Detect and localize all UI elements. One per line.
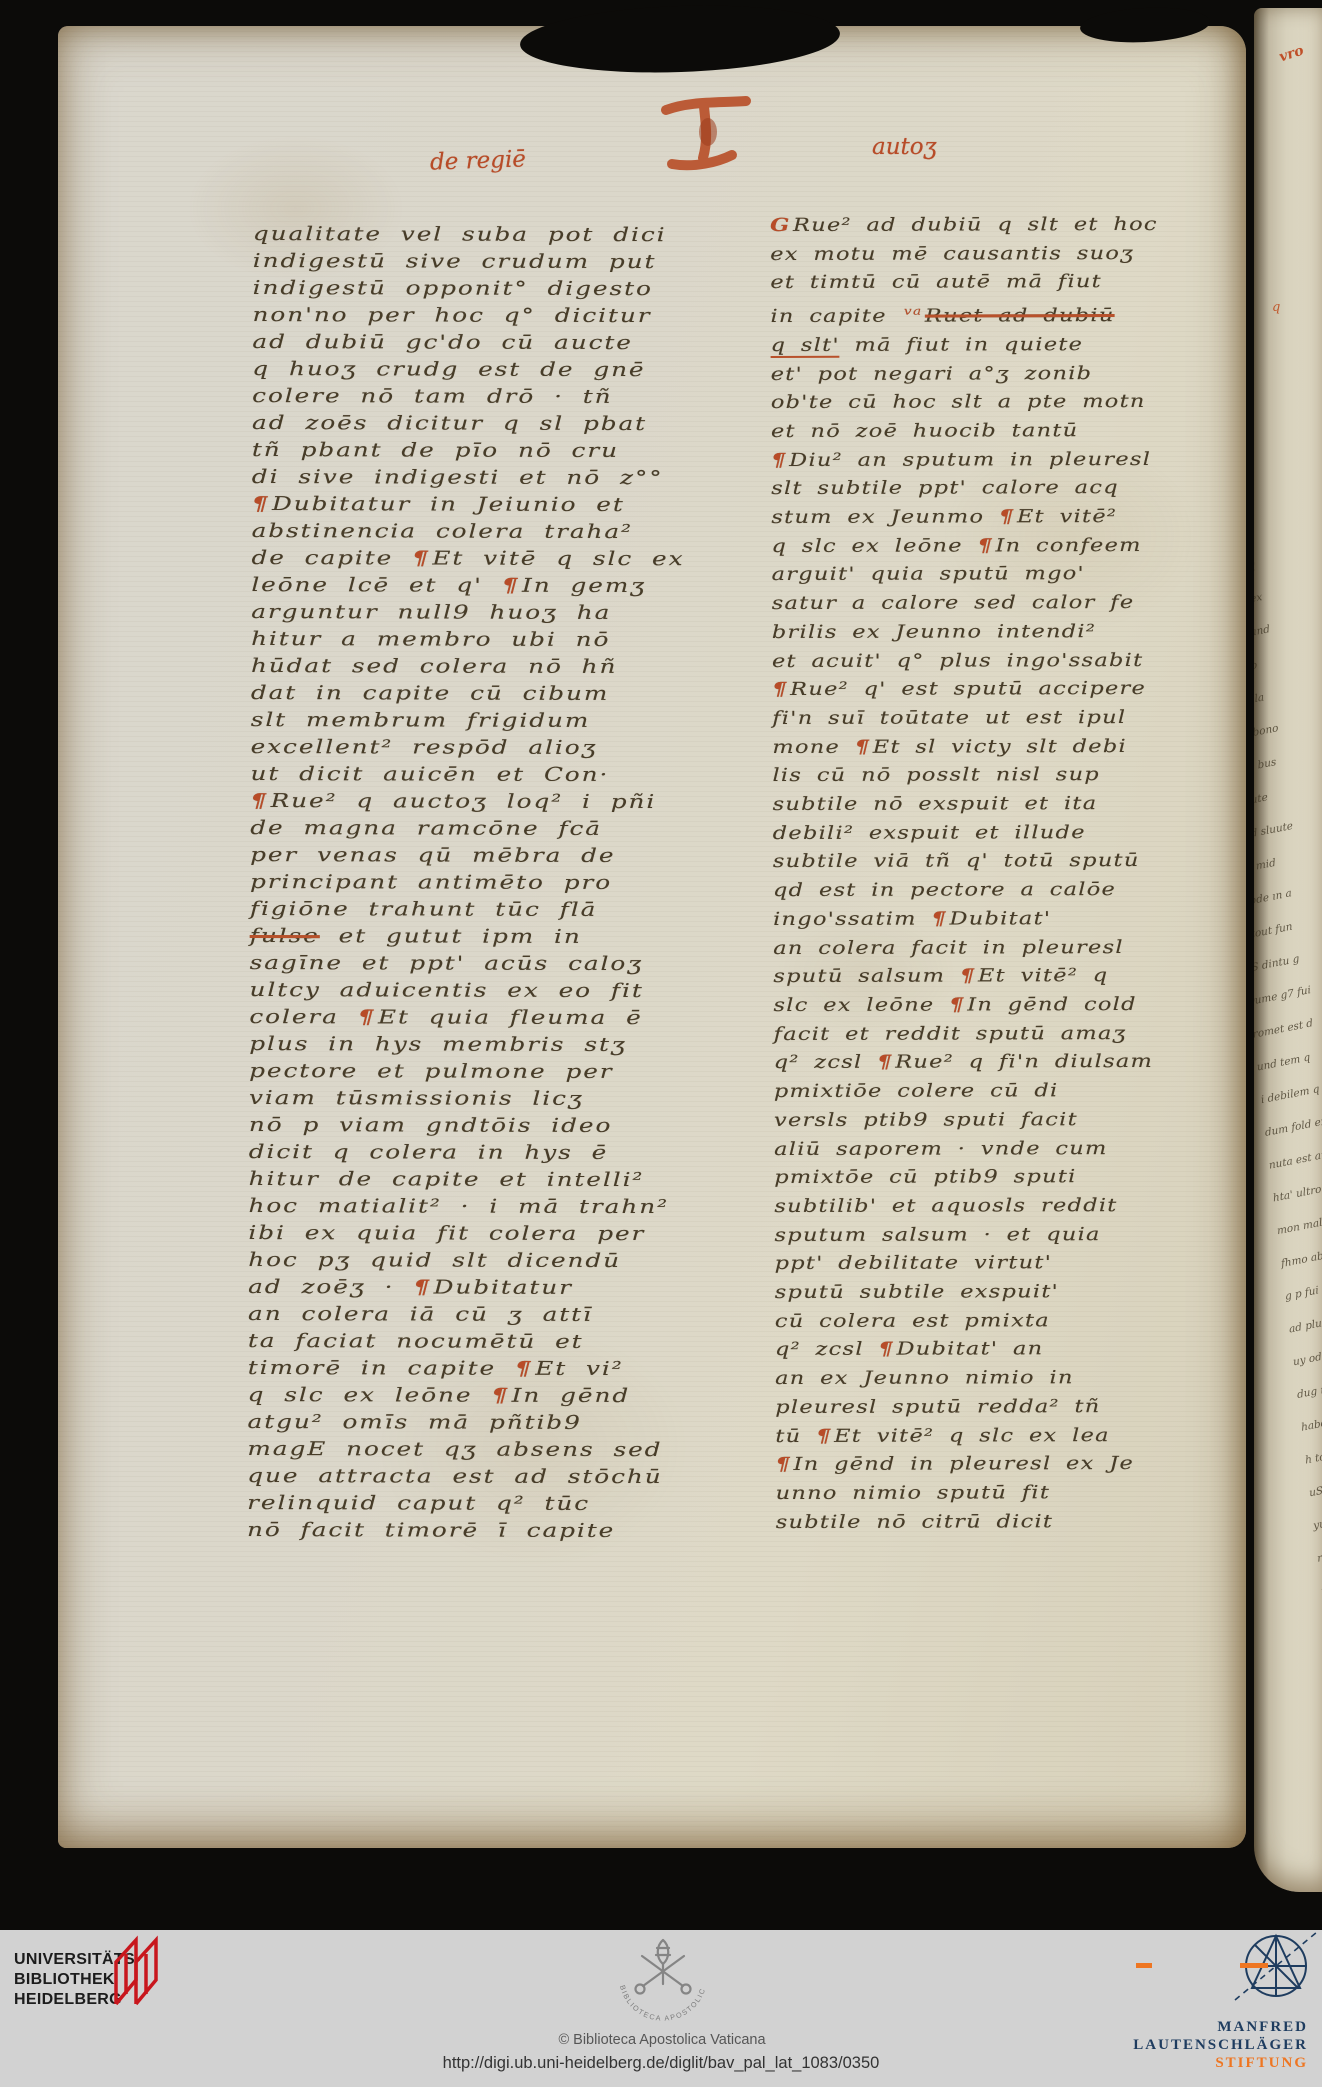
ink-text: slt subtile ppt' calore acq	[771, 477, 1119, 499]
red-rubric-mark: ¶	[775, 1454, 793, 1475]
footer-bar: UNIVERSITÄTS- BIBLIOTHEK HEIDELBERG	[0, 1930, 1322, 2087]
next-page-fore-edge: habde ın ah tout funuS dintu gyume g7 fu…	[1254, 8, 1322, 1892]
red-rubric-mark: ¶	[412, 547, 432, 569]
ink-text: tñ pbant de pīo nō cru	[252, 439, 619, 462]
manuscript-line: q slc ex leōne ¶In gēnd	[248, 1382, 681, 1410]
ink-text: arguit' quia sputū mgo'	[772, 564, 1085, 586]
red-rubric-mark: ¶	[877, 1052, 895, 1073]
ink-text: colere nō tam drō · tñ	[252, 385, 612, 408]
manuscript-line: pmixtōe cū ptib9 sputi	[774, 1163, 1162, 1193]
ink-text: ex motu mē causantis suoʒ	[770, 243, 1134, 265]
red-rubric-mark: ¶	[502, 575, 522, 597]
ink-text: In gēnd cold	[967, 994, 1137, 1015]
ink-text: unno nimio sputū fit	[776, 1482, 1051, 1504]
manuscript-line: debili² exspuit et illude	[773, 819, 1161, 849]
ink-text: Et quia fleuma ē	[378, 1006, 643, 1029]
ink-text: qd est in pectore a calōe	[773, 879, 1116, 901]
ubh-book-logo-icon	[102, 1934, 174, 2012]
ink-text: mone	[772, 736, 854, 757]
manuscript-line: ex motu mē causantis suoʒ	[770, 240, 1158, 270]
ink-text: colera	[249, 1006, 357, 1028]
ink-text: excellent² respōd alioʒ	[251, 736, 598, 759]
manuscript-line: sputū salsum ¶Et vitē² q	[773, 962, 1161, 992]
manuscript-line: sputū subtile exspuit'	[775, 1278, 1163, 1308]
ink-text: ad zoēs dicitur q sl pbat	[252, 412, 647, 435]
manuscript-line: de capite ¶Et vitē q slc ex	[251, 545, 684, 573]
manuscript-line: ad zoēʒ · ¶Dubitatur	[248, 1274, 681, 1302]
manuscript-line: sputum salsum · et quia	[774, 1221, 1162, 1251]
ink-text: non'no per hoc q° dicitur	[253, 304, 652, 327]
ink-text: pectore et pulmone per	[249, 1060, 614, 1083]
manuscript-line: colere nō tam drō · tñ	[252, 383, 685, 411]
ink-text: hoc pʒ quid slt dicendū	[248, 1249, 621, 1272]
ink-text: cū colera est pmixta	[775, 1310, 1050, 1332]
ml-orange-dash-left	[1136, 1963, 1152, 1968]
manuscript-line: abstinencia colera traha²	[252, 518, 685, 546]
manuscript-line: magE nocet qʒ absens sed	[247, 1436, 680, 1464]
ink-text: abstinencia colera traha²	[252, 520, 633, 543]
manuscript-line: an colera iā cū ʒ attī	[248, 1301, 681, 1329]
manuscript-line: per venas qū mēbra de	[250, 842, 683, 870]
manuscript-line: et' pot negari a°ʒ zonib	[771, 359, 1159, 389]
manuscript-line: nō p viam gndtōis ideo	[249, 1112, 682, 1140]
ink-text: fi'n suī toūtate ut est ipul	[772, 707, 1126, 729]
manuscript-line: facit et reddit sputū amaʒ	[774, 1020, 1162, 1050]
ink-text: plus in hys membris stʒ	[249, 1033, 627, 1056]
vatican-library-emblem: BIBLIOTECA APOSTOLICA VATICANA	[588, 1934, 738, 2028]
ml-line2: LAUTENSCHLÄGER	[1092, 2036, 1308, 2054]
manuscript-line: an colera facit in pleuresl	[773, 933, 1161, 963]
ink-text: viam tūsmissionis licʒ	[249, 1087, 584, 1110]
manuscript-line: unno nimio sputū fit	[776, 1479, 1164, 1509]
ink-text: aliū saporem · vnde cum	[774, 1138, 1108, 1160]
manuscript-line: subtile nō citrū dicit	[776, 1508, 1164, 1538]
manuscript-line: satur a calore sed calor fe	[772, 589, 1160, 619]
ink-text: principant antimēto pro	[250, 871, 612, 894]
manuscript-line: ad zoēs dicitur q sl pbat	[252, 410, 685, 438]
manuscript-line: ¶Rue² q auctoʒ loq² i pñi	[250, 788, 683, 816]
manuscript-line: ibi ex quia fit colera per	[248, 1220, 681, 1248]
ink-text: In gēnd	[512, 1385, 631, 1407]
running-title-right: autoʒ	[872, 134, 937, 160]
vatican-arc-text: BIBLIOTECA APOSTOLICA VATICANA	[588, 1934, 707, 2023]
manuscript-line: ta faciat nocumētū et	[248, 1328, 681, 1356]
ink-text: ut dicit auicēn et Con·	[250, 763, 609, 786]
manuscript-line: plus in hys membris stʒ	[249, 1031, 682, 1059]
ink-text: versls ptib9 sputi facit	[774, 1109, 1078, 1131]
red-rubric-mark: ¶	[358, 1006, 378, 1028]
manuscript-line: non'no per hoc q° dicitur	[253, 302, 686, 330]
ink-text: sputū subtile exspuit'	[775, 1281, 1059, 1303]
ink-text: relinquid caput q² tūc	[247, 1492, 590, 1515]
manuscript-line: cū colera est pmixta	[775, 1307, 1163, 1337]
ink-text: di sive indigesti et nō z°°	[252, 466, 664, 489]
manuscript-line: subtilib' et aquosls reddit	[774, 1192, 1162, 1222]
ink-text: an colera iā cū ʒ attī	[248, 1303, 593, 1326]
red-rubric-mark: ¶	[977, 535, 995, 556]
ink-text: fulse	[250, 925, 320, 947]
ink-text: subtile viā tñ q' totū sputū	[773, 850, 1140, 872]
manuscript-line: versls ptib9 sputi facit	[774, 1106, 1162, 1136]
manuscript-line: que attracta est ad stōchū	[247, 1463, 680, 1491]
manuscript-line: slc ex leōne ¶In gēnd cold	[773, 991, 1161, 1021]
manuscript-line: ut dicit auicēn et Con·	[250, 761, 683, 789]
ink-text: q slt'	[771, 335, 840, 358]
ink-text: Et vitē² q	[978, 965, 1109, 986]
manuscript-line: q slt' mā fiut in quiete	[771, 331, 1159, 361]
ink-text: hitur de capite et intelli²	[249, 1168, 645, 1191]
ink-text: et timtū cū autē mā fiut	[770, 271, 1102, 293]
ink-text: indigestū opponit° digesto	[253, 277, 653, 300]
red-rubric-mark: ¶	[878, 1339, 896, 1360]
lautenschlaeger-logo-text: MANFRED LAUTENSCHLÄGER STIFTUNG	[1092, 2018, 1308, 2072]
ink-text: slt membrum frigidum	[251, 709, 591, 732]
manuscript-line: ¶Rue² q' est sputū accipere	[772, 675, 1160, 705]
manuscript-line: ¶In gēnd in pleuresl ex Je	[775, 1450, 1163, 1480]
ink-text: et' pot negari a°ʒ zonib	[771, 363, 1093, 385]
manuscript-line: slt subtile ppt' calore acq	[771, 474, 1159, 504]
manuscript-line: ingo'ssatim ¶Dubitat'	[773, 905, 1161, 935]
ink-text: brilis ex Jeunno intendi²	[772, 621, 1096, 643]
fore-edge-red-initial: q	[1272, 300, 1280, 315]
manuscript-line: subtile nō exspuit et ita	[773, 790, 1161, 820]
ink-text: pmixtiōe colere cū di	[774, 1080, 1059, 1102]
red-roman-numeral-ornament	[658, 92, 754, 176]
ink-text: subtile nō citrū dicit	[776, 1511, 1054, 1533]
manuscript-line: colera ¶Et quia fleuma ē	[249, 1004, 682, 1032]
manuscript-line: fulse et gutut ipm in	[250, 923, 683, 951]
ink-text: subtile nō exspuit et ita	[773, 793, 1098, 815]
ink-text: pleuresl sputū redda² tñ	[775, 1396, 1100, 1418]
red-rubric-mark: ¶	[413, 1276, 433, 1298]
manuscript-line: nō facit timorē ī capite	[247, 1517, 680, 1545]
manuscript-line: hoc matialit² · i mā trahn²	[248, 1193, 681, 1221]
manuscript-line: ad dubiū gc'do cū aucte	[252, 329, 685, 357]
ink-text: Diu² an sputum in pleuresl	[789, 449, 1151, 471]
ink-text: dicit q colera in hys ē	[249, 1141, 609, 1164]
ink-text: satur a calore sed calor fe	[772, 592, 1135, 614]
manuscript-line: viam tūsmissionis licʒ	[249, 1085, 682, 1113]
manuscript-line: tñ pbant de pīo nō cru	[252, 437, 685, 465]
manuscript-line: mone ¶Et sl victy slt debi	[772, 733, 1160, 763]
red-rubric-mark: G	[770, 215, 793, 236]
ink-text: indigestū sive crudum put	[253, 250, 657, 273]
manuscript-line: in capite vaRuet ad dubiū	[770, 297, 1158, 332]
red-rubric-mark: ¶	[960, 966, 978, 987]
manuscript-line: aliū saporem · vnde cum	[774, 1134, 1162, 1164]
manuscript-line: atgu² omīs mā pñtib9	[247, 1409, 680, 1437]
ink-text: timorē in capite	[248, 1357, 515, 1380]
manuscript-line: qualitate vel suba pot dici	[253, 221, 686, 249]
manuscript-line: indigestū sive crudum put	[253, 248, 686, 276]
ink-text: hitur a membro ubi nō	[251, 628, 610, 651]
ink-text: de capite	[251, 547, 412, 569]
red-rubric-mark: ¶	[999, 506, 1017, 527]
vatican-copyright: © Biblioteca Apostolica Vaticana	[400, 2032, 924, 2048]
red-rubric-mark: ¶	[949, 994, 967, 1015]
manuscript-line: q slc ex leōne ¶In confeem	[771, 532, 1159, 562]
ink-text: Dubitatur in Jeiunio et	[272, 493, 625, 516]
ink-text: Dubitat' an	[896, 1339, 1043, 1360]
lautenschlaeger-compass-logo-icon	[1128, 1930, 1322, 2010]
ink-text: in capite	[770, 306, 901, 327]
ink-text: Et sl victy slt debi	[873, 736, 1127, 758]
manuscript-line: q huoʒ crudg est de gnē	[252, 356, 685, 384]
manuscript-line: ob'te cū hoc slt a pte motn	[771, 388, 1159, 418]
ink-text: q huoʒ crudg est de gnē	[252, 358, 645, 381]
manuscript-line: subtile viā tñ q' totū sputū	[773, 847, 1161, 877]
ink-text: debili² exspuit et illude	[773, 822, 1086, 844]
ink-text: Et vitē q slc ex	[432, 547, 684, 570]
ink-text: sagīne et ppt' acūs caloʒ	[250, 952, 644, 975]
ink-text: Dubitat'	[949, 908, 1051, 929]
ink-text: atgu² omīs mā pñtib9	[248, 1411, 582, 1434]
ink-text: magE nocet qʒ absens sed	[247, 1438, 662, 1461]
red-rubric-mark: ¶	[816, 1425, 834, 1446]
red-rubric-mark: ¶	[931, 908, 949, 929]
ink-text: ad zoēʒ ·	[248, 1276, 413, 1298]
ml-orange-dash-circle	[1240, 1963, 1268, 1968]
text-column-right: GRue² ad dubiū q slt et hocex motu mē ca…	[770, 211, 1163, 1537]
ink-text: leōne lcē et q'	[251, 574, 502, 597]
manuscript-line: an ex Jeunno nimio in	[775, 1364, 1163, 1394]
red-rubric-mark: ¶	[252, 493, 272, 515]
ink-text: qualitate vel suba pot dici	[253, 223, 667, 246]
manuscript-line: GRue² ad dubiū q slt et hoc	[770, 211, 1158, 241]
manuscript-line: pleuresl sputū redda² tñ	[775, 1393, 1163, 1423]
manuscript-line: dicit q colera in hys ē	[249, 1139, 682, 1167]
manuscript-line: timorē in capite ¶Et vi²	[248, 1355, 681, 1383]
manuscript-line: et acuit' q° plus ingo'ssabit	[772, 646, 1160, 676]
manuscript-line: fi'n suī toūtate ut est ipul	[772, 704, 1160, 734]
manuscript-line: hoc pʒ quid slt dicendū	[248, 1247, 681, 1275]
manuscript-line: ¶Dubitatur in Jeiunio et	[252, 491, 685, 519]
ink-text: ta faciat nocumētū et	[248, 1330, 584, 1353]
ink-text: dat in capite cū cibum	[251, 682, 610, 705]
ink-text: tū	[775, 1425, 816, 1446]
scan-viewer-canvas: de regiē autoʒ qualitate vel suba pot di…	[0, 0, 1322, 2087]
ink-text: hoc matialit² · i mā trahn²	[248, 1195, 669, 1218]
manuscript-line: principant antimēto pro	[250, 869, 683, 897]
ink-text: lis cū nō posslt nisl sup	[772, 764, 1100, 786]
ink-text: sputum salsum · et quia	[774, 1224, 1100, 1246]
manuscript-line: qd est in pectore a calōe	[773, 876, 1161, 906]
ink-text: et acuit' q° plus ingo'ssabit	[772, 650, 1143, 672]
manuscript-line: et timtū cū autē mā fiut	[770, 268, 1158, 298]
manuscript-line: ¶Diu² an sputum in pleuresl	[771, 446, 1159, 476]
manuscript-line: hūdat sed colera nō hñ	[251, 653, 684, 681]
ink-text: ibi ex quia fit colera per	[248, 1222, 645, 1245]
red-rubric-mark: ¶	[491, 1385, 511, 1407]
ink-text: q² zcsl	[774, 1052, 878, 1073]
ink-text: an colera facit in pleuresl	[773, 937, 1124, 959]
ink-text: nō p viam gndtōis ideo	[249, 1114, 613, 1137]
source-url: http://digi.ub.uni-heidelberg.de/diglit/…	[250, 2054, 1072, 2073]
ink-text: pmixtōe cū ptib9 sputi	[774, 1166, 1076, 1188]
ink-text: Rue² ad dubiū q slt et hoc	[793, 214, 1158, 236]
ink-text: In confeem	[995, 535, 1141, 556]
ink-text: stum ex Jeunmo	[771, 506, 999, 528]
manuscript-line: lis cū nō posslt nisl sup	[772, 761, 1160, 791]
manuscript-line: ultcy aduicentis ex eo fit	[249, 977, 682, 1005]
ink-text: In gemʒ	[522, 575, 646, 597]
ink-text: q² zcsl	[775, 1339, 879, 1360]
manuscript-line: arguntur null9 huoʒ ha	[251, 599, 684, 627]
manuscript-line: excellent² respōd alioʒ	[251, 734, 684, 762]
ink-text: Ruet ad dubiū	[925, 305, 1115, 327]
ink-text: ad dubiū gc'do cū aucte	[252, 331, 633, 354]
manuscript-line: indigestū opponit° digesto	[253, 275, 686, 303]
ink-text: subtilib' et aquosls reddit	[774, 1195, 1117, 1217]
ink-text: Rue² q fi'n diulsam	[895, 1051, 1153, 1073]
manuscript-line: q² zcsl ¶Dubitat' an	[775, 1335, 1163, 1365]
manuscript-line: dat in capite cū cibum	[251, 680, 684, 708]
ink-text: q slc ex leōne	[771, 535, 977, 557]
manuscript-line: brilis ex Jeunno intendi²	[772, 618, 1160, 648]
ink-text: arguntur null9 huoʒ ha	[251, 601, 611, 624]
manuscript-line: pmixtiōe colere cū di	[774, 1077, 1162, 1107]
ink-text: figiōne trahunt tūc flā	[250, 898, 598, 921]
fore-edge-text: habde ın ah tout funuS dintu gyume g7 fu…	[1254, 339, 1322, 1805]
ink-text: facit et reddit sputū amaʒ	[774, 1023, 1127, 1045]
ink-text: Et vi²	[535, 1358, 623, 1380]
red-rubric-mark: ¶	[250, 790, 270, 812]
manuscript-line: sagīne et ppt' acūs caloʒ	[250, 950, 683, 978]
ink-text: In gēnd in pleuresl ex Je	[793, 1453, 1134, 1475]
ml-line1: MANFRED	[1092, 2018, 1308, 2036]
ink-text: Rue² q' est sputū accipere	[790, 678, 1146, 700]
manuscript-line: stum ex Jeunmo ¶Et vitē²	[771, 503, 1159, 533]
ink-text: q slc ex leōne	[248, 1384, 492, 1407]
ink-text: nō facit timorē ī capite	[247, 1519, 615, 1542]
ml-line3: STIFTUNG	[1092, 2054, 1308, 2072]
svg-text:BIBLIOTECA APOSTOLICA VATICANA: BIBLIOTECA APOSTOLICA VATICANA	[588, 1934, 707, 2023]
manuscript-line: hitur a membro ubi nō	[251, 626, 684, 654]
ink-text: ultcy aduicentis ex eo fit	[249, 979, 643, 1002]
red-rubric-mark: ¶	[855, 736, 873, 757]
ink-text: que attracta est ad stōchū	[247, 1465, 662, 1488]
manuscript-line: arguit' quia sputū mgo'	[772, 560, 1160, 590]
manuscript-line: relinquid caput q² tūc	[247, 1490, 680, 1518]
ink-text: sputū salsum	[773, 966, 960, 988]
manuscript-line: pectore et pulmone per	[249, 1058, 682, 1086]
ink-text: slc ex leōne	[773, 994, 949, 1015]
ink-text: de magna ramcōne fcā	[250, 817, 602, 840]
ink-text: ppt' debilitate virtut'	[775, 1253, 1053, 1275]
running-title-left: de regiē	[430, 146, 527, 175]
manuscript-line: q² zcsl ¶Rue² q fi'n diulsam	[774, 1048, 1162, 1078]
ink-text: et gutut ipm in	[320, 925, 582, 948]
manuscript-line: di sive indigesti et nō z°°	[252, 464, 685, 492]
ink-text: Et vitē² q slc ex lea	[834, 1425, 1110, 1447]
manuscript-line: hitur de capite et intelli²	[249, 1166, 682, 1194]
manuscript-line: tū ¶Et vitē² q slc ex lea	[775, 1421, 1163, 1451]
manuscript-line: slt membrum frigidum	[251, 707, 684, 735]
red-rubric-mark: va	[901, 305, 925, 318]
manuscript-line: ppt' debilitate virtut'	[775, 1249, 1163, 1279]
red-rubric-mark: ¶	[772, 679, 790, 700]
manuscript-line: de magna ramcōne fcā	[250, 815, 683, 843]
red-rubric-mark: ¶	[515, 1358, 535, 1380]
ink-text: ob'te cū hoc slt a pte motn	[771, 391, 1146, 413]
ink-text: Rue² q auctoʒ loq² i pñi	[271, 790, 657, 813]
ink-text: per venas qū mēbra de	[250, 844, 616, 867]
ink-text: et nō zoē huocib tantū	[771, 420, 1079, 442]
ink-text: ingo'ssatim	[773, 908, 931, 929]
manuscript-line: figiōne trahunt tūc flā	[250, 896, 683, 924]
ink-text: Et vitē²	[1017, 506, 1117, 527]
ink-text: Dubitatur	[434, 1276, 573, 1298]
manuscript-line: et nō zoē huocib tantū	[771, 417, 1159, 447]
manuscript-line: leōne lcē et q' ¶In gemʒ	[251, 572, 684, 600]
text-column-left: qualitate vel suba pot diciindigestū siv…	[247, 221, 686, 1545]
ink-text: hūdat sed colera nō hñ	[251, 655, 618, 678]
red-rubric-mark: ¶	[771, 450, 789, 471]
ink-text: an ex Jeunno nimio in	[775, 1367, 1074, 1389]
ink-text: mā fiut in quiete	[840, 334, 1083, 356]
